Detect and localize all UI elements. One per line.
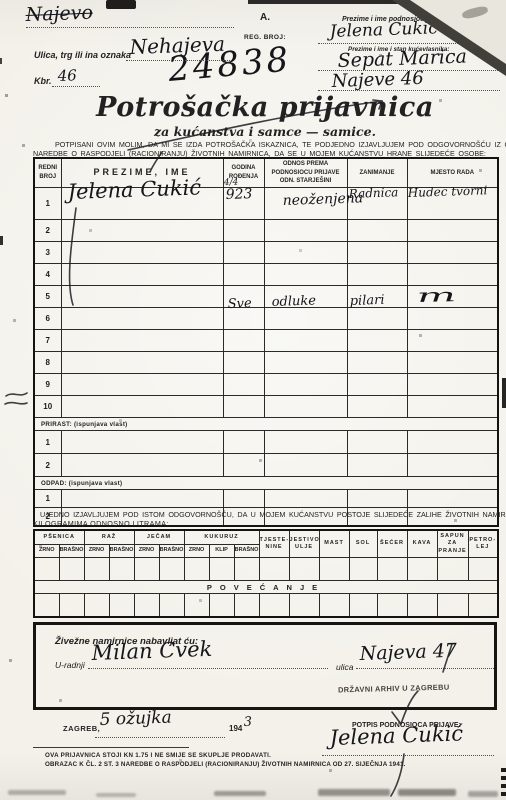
col-raz: RAŽ <box>84 530 134 545</box>
empty-cell <box>223 454 264 477</box>
empty-cell <box>407 374 498 396</box>
empty-cell <box>264 431 347 454</box>
empty-cell <box>264 330 347 352</box>
row-number-cell: 10 <box>34 396 61 418</box>
odpad-label: ODPAD: (ispunjava vlast) <box>34 477 498 490</box>
supply-value-cell <box>437 594 468 618</box>
supply-value-cell <box>109 558 134 581</box>
supply-value-cell <box>159 594 184 618</box>
shop-street-handwriting: Najeva 47 <box>359 640 457 665</box>
empty-cell <box>61 286 223 308</box>
scan-smudge <box>214 791 266 796</box>
scan-smudge <box>96 793 136 797</box>
empty-cell <box>407 431 498 454</box>
empty-cell <box>347 352 407 374</box>
street-dotted-line <box>126 60 230 61</box>
row-number-cell: 3 <box>34 242 61 264</box>
signature-handwriting: Jelena Cukić <box>329 721 463 750</box>
empty-cell <box>223 264 264 286</box>
supplies-group-header: PŠENICA RAŽ JEČAM KUKURUZ TJESTE- NINE J… <box>34 530 498 545</box>
scan-edge-marks <box>501 768 506 800</box>
house-owner-address-dotted-line <box>318 90 500 91</box>
empty-cell <box>407 352 498 374</box>
empty-cell <box>347 264 407 286</box>
year-prefix: 194 <box>229 724 242 733</box>
table-row: 2 <box>34 220 498 242</box>
supply-value-cell <box>109 594 134 618</box>
place-handwriting: Najevo <box>25 2 93 26</box>
supply-value-cell <box>259 594 289 618</box>
year-handwriting: 3 <box>243 715 252 730</box>
empty-cell <box>264 352 347 374</box>
col-zrno: ZRNO <box>34 545 59 558</box>
scan-smudge <box>468 791 498 797</box>
col-sapun: SAPUN ZA PRANJE <box>437 530 468 558</box>
supply-value-cell <box>184 558 209 581</box>
empty-cell <box>223 396 264 418</box>
row-number-cell: 2 <box>34 220 61 242</box>
table-row: 2 <box>34 454 498 477</box>
supply-value-cell <box>319 594 349 618</box>
supply-value-cell <box>59 594 84 618</box>
row-number-cell: 7 <box>34 330 61 352</box>
col-petrolej: PETRO- LEJ <box>468 530 498 558</box>
official-note-handwriting: pilari <box>349 293 384 309</box>
row-number-cell: 9 <box>34 374 61 396</box>
house-number-dotted-line <box>52 86 100 87</box>
supply-value-cell <box>259 558 289 581</box>
scan-mark <box>0 58 2 64</box>
odpad-section-label: ODPAD: (ispunjava vlast) <box>34 477 498 490</box>
empty-cell <box>223 431 264 454</box>
street-handwriting: Nehajeva <box>129 32 225 59</box>
shop-dotted-line <box>88 668 328 669</box>
row-number-cell: 1 <box>34 188 61 220</box>
col-zrno: ZRNO <box>134 545 159 558</box>
row-number-cell: 5 <box>34 286 61 308</box>
folded-corner <box>410 0 506 64</box>
empty-cell <box>61 330 223 352</box>
row-number-cell: 6 <box>34 308 61 330</box>
supply-value-cell <box>407 558 437 581</box>
place-dotted-line <box>26 27 234 28</box>
signature-dotted-line <box>322 755 494 756</box>
supply-value-cell <box>468 594 498 618</box>
empty-cell <box>407 242 498 264</box>
fine-print-line-2: OBRAZAC K ČL. 2 ST. 3 NAREDBE O RASPODJE… <box>45 761 406 768</box>
supply-value-cell <box>84 594 109 618</box>
member-name-handwriting: Jelena Cukić <box>67 175 201 204</box>
form-subtitle: za kućanstva i samce — samice. <box>33 124 497 139</box>
supply-value-cell <box>34 558 59 581</box>
col-jecam: JEČAM <box>134 530 184 545</box>
prirast-label: PRIRAST: (ispunjava vlast) <box>34 418 498 431</box>
row-number-cell: 4 <box>34 264 61 286</box>
empty-cell <box>407 454 498 477</box>
row-number-cell: 2 <box>34 454 61 477</box>
date-dotted-line <box>95 737 225 738</box>
supply-value-cell <box>184 594 209 618</box>
col-brasno: BRAŠNO <box>234 545 259 558</box>
table-row: 7 <box>34 330 498 352</box>
col-mast: MAST <box>319 530 349 558</box>
col-brasno: BRAŠNO <box>159 545 184 558</box>
scan-mark <box>0 236 3 245</box>
empty-cell <box>347 308 407 330</box>
povecanje-row: POVEĆANJE <box>34 581 498 594</box>
form-section-letter: A. <box>260 12 270 23</box>
empty-cell <box>223 330 264 352</box>
empty-cell <box>407 220 498 242</box>
shop-name-handwriting: Milan Cvek <box>91 637 213 665</box>
empty-cell <box>223 352 264 374</box>
col-brasno: BRAŠNO <box>59 545 84 558</box>
col-kava: KAVA <box>407 530 437 558</box>
col-zrno: ZRNO <box>184 545 209 558</box>
empty-cell <box>407 330 498 352</box>
supply-value-cell <box>159 558 184 581</box>
table-row: 3 <box>34 242 498 264</box>
empty-cell <box>264 374 347 396</box>
scan-smudge <box>8 790 66 795</box>
official-note-flourish: m <box>415 285 457 307</box>
fine-print-line-1: OVA PRIJAVNICA STOJI KN 1.75 I NE SMIJE … <box>45 752 271 759</box>
table-row: 9 <box>34 374 498 396</box>
empty-cell <box>347 396 407 418</box>
shop-street-label: ulica <box>336 662 353 672</box>
prirast-section-label: PRIRAST: (ispunjava vlast) <box>34 418 498 431</box>
row-number-cell: 1 <box>34 490 61 508</box>
empty-cell <box>223 220 264 242</box>
supply-value-cell <box>84 558 109 581</box>
house-number-handwriting: 46 <box>57 66 77 85</box>
table-row: 8 <box>34 352 498 374</box>
empty-cell <box>347 220 407 242</box>
empty-cell <box>407 308 498 330</box>
supply-value-cell <box>349 558 377 581</box>
col-zrno: ZRNO <box>84 545 109 558</box>
household-members-table: REDNI BROJ PREZIME, IME GODINA ROĐENJA O… <box>33 157 499 527</box>
scan-mark <box>502 378 506 408</box>
empty-cell <box>264 264 347 286</box>
empty-cell <box>61 308 223 330</box>
col-klip: KLIP <box>209 545 234 558</box>
official-note-handwriting: Sve <box>227 296 251 312</box>
table-row: 1 <box>34 431 498 454</box>
supply-value-cell <box>34 594 59 618</box>
food-supplies-table: PŠENICA RAŽ JEČAM KUKURUZ TJESTE- NINE J… <box>33 529 499 618</box>
empty-cell <box>407 264 498 286</box>
supplies-statement-line-2: KILOGRAMIMA ODNOSNO LITRAMA: <box>33 519 169 528</box>
street-label: Ulica, trg ili ina oznaka <box>34 50 131 60</box>
supply-value-cell <box>234 558 259 581</box>
empty-cell <box>264 220 347 242</box>
city-label: ZAGREB, <box>63 724 100 733</box>
empty-cell <box>223 242 264 264</box>
empty-cell <box>61 396 223 418</box>
table-row: 10 <box>34 396 498 418</box>
supply-value-cell <box>319 558 349 581</box>
empty-cell <box>61 374 223 396</box>
supplies-value-row <box>34 558 498 581</box>
scan-mark <box>248 0 416 4</box>
supply-value-cell <box>468 558 498 581</box>
official-note-handwriting: odluke <box>271 293 316 310</box>
empty-cell <box>61 264 223 286</box>
empty-cell <box>61 352 223 374</box>
date-handwriting: 5 ožujka <box>99 707 172 730</box>
supply-value-cell <box>134 594 159 618</box>
supply-value-cell <box>134 558 159 581</box>
scan-smudge <box>318 789 390 796</box>
empty-cell <box>347 330 407 352</box>
empty-cell <box>264 396 347 418</box>
empty-cell <box>61 490 223 508</box>
empty-cell <box>347 454 407 477</box>
form-title: Potrošačka prijavnica <box>33 92 497 123</box>
col-brasno: BRAŠNO <box>109 545 134 558</box>
table-row: 4 <box>34 264 498 286</box>
empty-cell <box>264 454 347 477</box>
declaration-line-1: POTPISANI OVIM MOLIM, DA MI SE IZDA POTR… <box>55 140 497 149</box>
col-psenica: PŠENICA <box>34 530 84 545</box>
empty-cell <box>61 220 223 242</box>
paper-noise <box>0 0 1 1</box>
supplies-statement-line-1: UJEDNO IZJAVLJUJEM POD ISTOM ODGOVORNOŠĆ… <box>40 510 496 519</box>
col-zanimanje: ZANIMANJE <box>347 158 407 188</box>
row-number-cell: 8 <box>34 352 61 374</box>
empty-cell <box>407 396 498 418</box>
scan-smudge <box>398 789 456 796</box>
supply-value-cell <box>377 558 407 581</box>
empty-cell <box>61 454 223 477</box>
table-row: 1 <box>34 490 498 508</box>
scan-mark <box>106 0 136 9</box>
col-sol: SOL <box>349 530 377 558</box>
supply-value-cell <box>209 594 234 618</box>
supply-value-cell <box>289 558 319 581</box>
empty-cell <box>347 431 407 454</box>
empty-cell <box>264 490 347 508</box>
supply-value-cell <box>407 594 437 618</box>
workplace-handwriting: Hudec tvorni <box>408 183 488 200</box>
row-number-cell: 1 <box>34 431 61 454</box>
supplies-value-row <box>34 594 498 618</box>
supply-value-cell <box>59 558 84 581</box>
empty-cell <box>223 374 264 396</box>
birth-year-handwriting: 923 <box>225 186 252 203</box>
shop-label: U-radnji <box>55 660 85 670</box>
col-tjestenine: TJESTE- NINE <box>259 530 289 558</box>
col-jestivo-ulje: JESTIVO ULJE <box>289 530 319 558</box>
table-row: 6 <box>34 308 498 330</box>
empty-cell <box>223 490 264 508</box>
col-secer: ŠEĆER <box>377 530 407 558</box>
povecanje-label: POVEĆANJE <box>34 581 498 594</box>
shop-street-dotted-line <box>356 668 494 669</box>
supply-value-cell <box>209 558 234 581</box>
supply-value-cell <box>377 594 407 618</box>
empty-cell <box>264 242 347 264</box>
supply-value-cell <box>234 594 259 618</box>
supply-value-cell <box>289 594 319 618</box>
empty-cell <box>347 374 407 396</box>
empty-cell <box>264 308 347 330</box>
empty-cell <box>407 490 498 508</box>
form-page: Najevo A. REG. BROJ: 24838 Prezime i ime… <box>0 0 506 800</box>
footer-separator-line <box>33 747 189 748</box>
supply-value-cell <box>437 558 468 581</box>
col-odnos: ODNOS PREMA PODNOSIOCU PRIJAVE ODN. STAR… <box>264 158 347 188</box>
supply-value-cell <box>349 594 377 618</box>
empty-cell <box>347 242 407 264</box>
empty-cell <box>61 431 223 454</box>
house-number-label: Kbr. <box>34 76 52 86</box>
empty-cell <box>347 490 407 508</box>
col-kukuruz: KUKURUZ <box>184 530 259 545</box>
col-redni-broj: REDNI BROJ <box>34 158 61 188</box>
margin-squiggle <box>5 393 27 404</box>
empty-cell <box>61 242 223 264</box>
occupation-handwriting: Radnica <box>349 185 399 201</box>
